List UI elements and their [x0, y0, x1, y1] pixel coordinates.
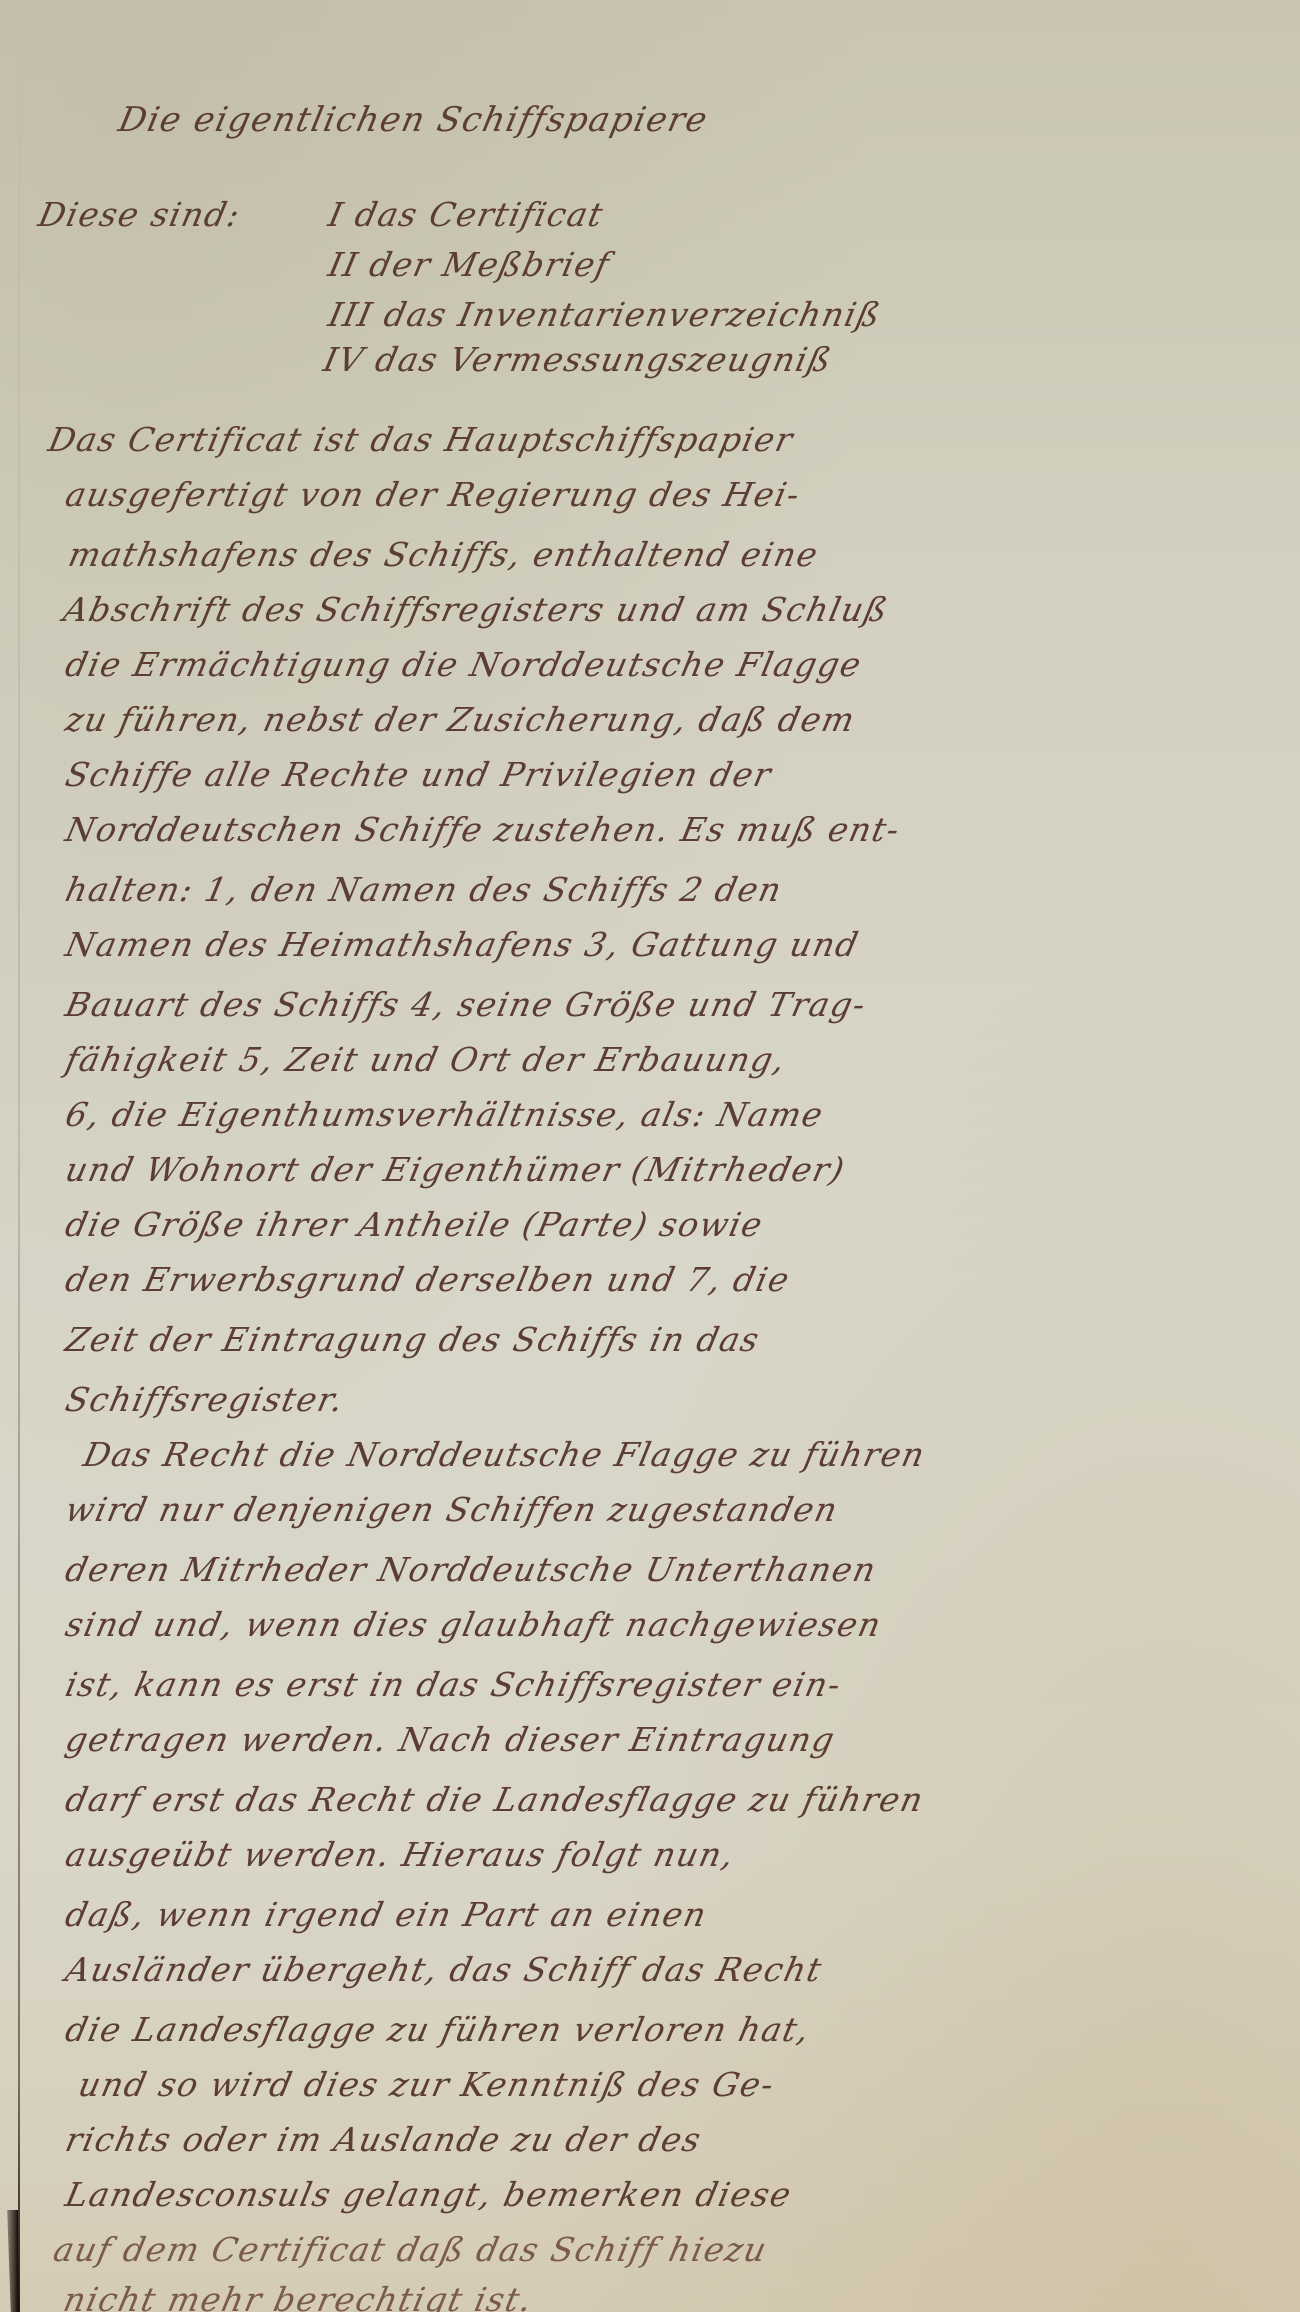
- list-text: das Certificat: [352, 195, 608, 234]
- text-line: Ausländer übergeht, das Schiff das Recht: [62, 1950, 826, 1989]
- text-line: Namen des Heimathshafens 3, Gattung und: [62, 925, 863, 964]
- list-text: das Vermessungszeugniß: [372, 340, 836, 379]
- list-numeral: III: [325, 295, 377, 334]
- text-line: die Größe ihrer Antheile (Parte) sowie: [62, 1205, 767, 1244]
- list-text: das Inventarienverzeichniß: [381, 295, 885, 334]
- text-line: Bauart des Schiffs 4, seine Größe und Tr…: [62, 985, 870, 1024]
- text-line: Das Recht die Norddeutsche Flagge zu füh…: [80, 1435, 929, 1474]
- text-line: Schiffsregister.: [62, 1380, 348, 1419]
- binding-shadow: [0, 2210, 18, 2312]
- text-line: mathshafens des Schiffs, enthaltend eine: [65, 535, 822, 574]
- text-line: ist, kann es erst in das Schiffsregister…: [62, 1665, 845, 1704]
- text-line: und so wird dies zur Kenntniß des Ge-: [75, 2065, 778, 2104]
- list-numeral: IV: [320, 340, 368, 379]
- intro-text: Diese sind:: [35, 195, 244, 234]
- list-item: III das Inventarienverzeichniß: [325, 295, 885, 334]
- text-line: fähigkeit 5, Zeit und Ort der Erbauung,: [62, 1040, 790, 1079]
- text-line: die Landesflagge zu führen verloren hat,: [62, 2010, 814, 2049]
- list-item: I das Certificat: [325, 195, 608, 234]
- text-line: ausgefertigt von der Regierung des Hei-: [62, 475, 804, 514]
- text-line: Abschrift des Schiffsregisters und am Sc…: [60, 590, 892, 629]
- text-line: auf dem Certificat daß das Schiff hiezu: [50, 2230, 771, 2269]
- text-line: zu führen, nebst der Zusicherung, daß de…: [62, 700, 859, 739]
- text-line: Das Certificat ist das Hauptschiffspapie…: [45, 420, 797, 459]
- text-line: die Ermächtigung die Norddeutsche Flagge: [62, 645, 866, 684]
- text-line: daß, wenn irgend ein Part an einen: [62, 1895, 711, 1934]
- text-line: 6, die Eigenthumsverhältnisse, als: Name: [62, 1095, 828, 1134]
- text-line: sind und, wenn dies glaubhaft nachgewies…: [62, 1605, 886, 1644]
- text-line: halten: 1, den Namen des Schiffs 2 den: [62, 870, 786, 909]
- text-line: den Erwerbsgrund derselben und 7, die: [62, 1260, 794, 1299]
- list-item: IV das Vermessungszeugniß: [320, 340, 836, 379]
- text-line: wird nur denjenigen Schiffen zugestanden: [62, 1490, 842, 1529]
- list-item: II der Meßbrief: [325, 245, 614, 284]
- text-line: richts oder im Auslande zu der des: [62, 2120, 705, 2159]
- text-line: darf erst das Recht die Landesflagge zu …: [62, 1780, 928, 1819]
- text-line: nicht mehr berechtigt ist.: [60, 2280, 537, 2312]
- text-line: Schiffe alle Rechte und Privilegien der: [62, 755, 776, 794]
- text-line: deren Mitrheder Norddeutsche Unterthanen: [62, 1550, 880, 1589]
- text-line: Zeit der Eintragung des Schiffs in das: [62, 1320, 764, 1359]
- text-line: Landesconsuls gelangt, bemerken diese: [62, 2175, 796, 2214]
- text-line: und Wohnort der Eigenthümer (Mitrheder): [62, 1150, 849, 1189]
- list-text: der Meßbrief: [366, 245, 614, 284]
- binding-edge: [18, 0, 20, 2312]
- list-numeral: II: [325, 245, 362, 284]
- text-line: getragen werden. Nach dieser Eintragung: [62, 1720, 839, 1759]
- text-line: Norddeutschen Schiffe zustehen. Es muß e…: [62, 810, 904, 849]
- manuscript-page: Die eigentlichen Schiffspapiere Diese si…: [0, 0, 1300, 2312]
- page-heading: Die eigentlichen Schiffspapiere: [115, 100, 712, 140]
- text-line: ausgeübt werden. Hieraus folgt nun,: [62, 1835, 739, 1874]
- list-numeral: I: [325, 195, 348, 234]
